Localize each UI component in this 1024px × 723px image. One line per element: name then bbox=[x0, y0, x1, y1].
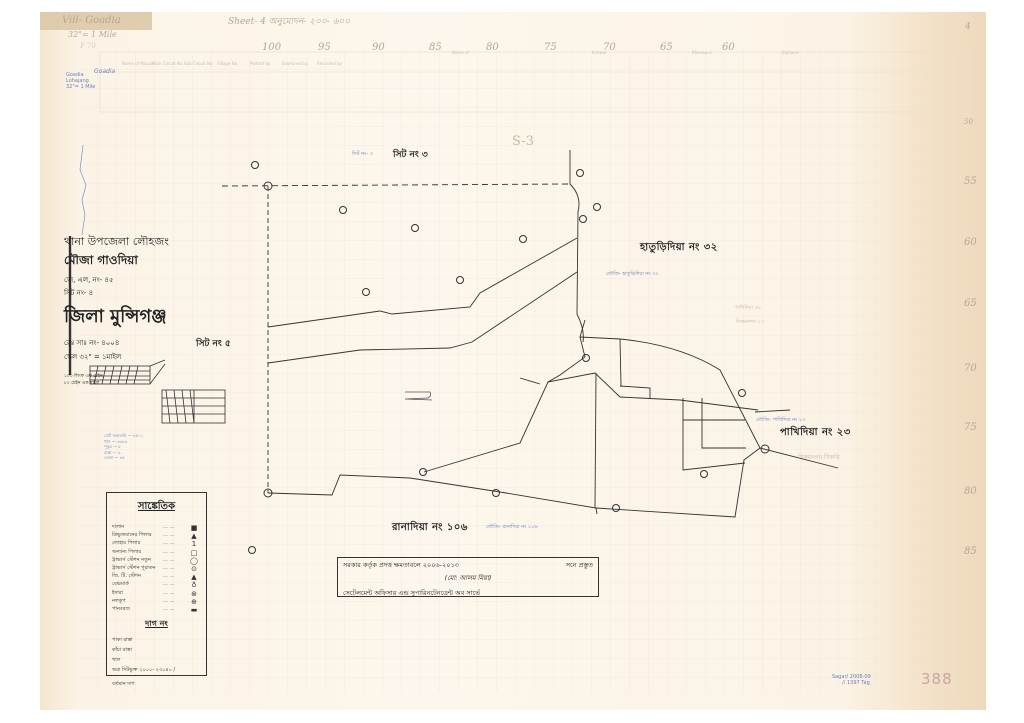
legend-item-label: ইদারা bbox=[112, 590, 163, 598]
stamp-prepared-text: সনে প্রস্তুত bbox=[566, 560, 593, 571]
district-label: জিলা মুন্সিগঞ্জ bbox=[64, 302, 249, 333]
legend-item: ইদারা— —⊛ bbox=[112, 590, 201, 598]
jl-number: জে, এল, নং- ৪৫ bbox=[64, 274, 249, 286]
authority-stamp: সরকার কর্তৃক প্রদত্ত ক্ষমতাবলে ২০০৬-২০১৩… bbox=[337, 557, 599, 597]
thana-label: থানা উপজেলা লৌহজং bbox=[64, 233, 249, 252]
archive-note: Sagar/ 2008-09 // 1397 Tag bbox=[832, 674, 871, 686]
stamp-officer-name: (মো: আলম মিয়া) bbox=[343, 573, 593, 584]
tubewell-icon: ⊕ bbox=[187, 598, 201, 606]
well-icon: ⊛ bbox=[187, 590, 201, 598]
legend-footer-item: খাল bbox=[112, 657, 201, 667]
legend-item-label: দালান bbox=[112, 524, 163, 532]
legend-item-label: অন্যান্য পিলার bbox=[112, 549, 163, 557]
legend-item-label: ট্রাভার্স স্টেশন নতুন bbox=[112, 557, 163, 565]
area-summary: মোট জমাজমি — ৪৫০১ খাস — ৩৩৪৩ পুকুর — ৮ র… bbox=[104, 433, 143, 461]
south-village-label: রানাদিয়া নং ১০৬ bbox=[392, 520, 468, 537]
betel-garden-icon: ▬ bbox=[187, 606, 201, 614]
benchmark-icon: ♁ bbox=[187, 581, 201, 589]
north-village-note: তৌজি- হাতুড়িদিয়া নং ৩২ bbox=[606, 271, 659, 279]
archive-number: 388 bbox=[921, 670, 953, 688]
legend-item: অন্যান্য পিলার— —□ bbox=[112, 549, 201, 557]
legend-item-label: বেঞ্চমার্ক bbox=[112, 581, 163, 589]
adjacent-sheet-3-label: সিট নং ৩ bbox=[393, 147, 428, 162]
legend-footer-item: অত্র সিটভুক্ত ২০০০- ২৩০৪০ / bbox=[112, 667, 201, 677]
iron-pillar-icon: 1 bbox=[187, 540, 201, 548]
legend-item-label: ত্রিভুজমানের পিলার bbox=[112, 532, 163, 540]
faint-note: সিকমনগর ২৩ bbox=[736, 319, 764, 327]
sheet-number: সিট নং- ৪ bbox=[64, 287, 249, 299]
legend-footer-item: কাঁচা রাস্তা bbox=[112, 647, 201, 657]
scale-note: ৮০ চেইন এক মাইল bbox=[64, 380, 249, 387]
adjacent-sheet-5-label: সিট নং ৫ bbox=[196, 336, 231, 351]
legend-item-label: পানবরজ bbox=[112, 606, 163, 614]
title-block: থানা উপজেলা লৌহজং মৌজা গাওদিয়া জে, এল, … bbox=[64, 233, 249, 387]
adjacent-sheet-3-note: সিট নং- ৩ bbox=[352, 151, 373, 159]
stamp-authority-text: সরকার কর্তৃক প্রদত্ত ক্ষমতাবলে ২০০৬-২০১৩ bbox=[343, 560, 459, 571]
faint-note: পাখিদিয়া ৩২ bbox=[735, 305, 761, 313]
scale-note: ১০০ লিংক এক চেইন bbox=[64, 373, 249, 380]
legend-item: ত্রিভুজমানের পিলার— —▲ bbox=[112, 532, 201, 540]
section-mark: S-3 bbox=[512, 134, 534, 149]
map-scale: স্কেল ৩২" = ১মাইল bbox=[64, 351, 249, 363]
legend-subtitle: দাগ নং bbox=[112, 618, 201, 631]
legend-item-label: লোহার পিলার bbox=[112, 540, 163, 548]
mouza-label: মৌজা গাওদিয়া bbox=[64, 252, 249, 272]
legend-footer-item: পাকা রাস্তা bbox=[112, 637, 201, 647]
legend-footer-item: বর্তমান দাগ bbox=[112, 681, 201, 691]
legend-item: দালান— —■ bbox=[112, 524, 201, 532]
east-village-note: তৌজি- পাখিদিয়া নং ২৩ bbox=[756, 417, 805, 425]
legend-item: নলকূপ— —⊕ bbox=[112, 598, 201, 606]
map-legend: সাঙ্কেতিক দালান— —■ ত্রিভুজমানের পিলার— … bbox=[106, 492, 207, 676]
legend-item-label: ট্রাভার্স স্টেশন পুরাতন bbox=[112, 565, 163, 573]
area-note: মোট জমাজমি — ৪৫০১ bbox=[104, 433, 143, 439]
archive-note-line: // 1397 Tag bbox=[832, 680, 871, 686]
new-traverse-station-icon: ◯ bbox=[187, 557, 201, 565]
legend-item: বেঞ্চমার্ক— —♁ bbox=[112, 581, 201, 589]
faint-note: সিকমনগর সিকস্তি bbox=[798, 452, 840, 463]
building-icon: ■ bbox=[187, 524, 201, 532]
stamp-office-title: সেটেলমেন্ট অফিসার এন্ড সুপারিনটেনডেন্ট অ… bbox=[343, 588, 593, 599]
east-village-label: পাখিদিয়া নং ২৩ bbox=[780, 425, 851, 442]
south-village-note: তৌজি- রানাদিয়া নং ১০৬ bbox=[486, 524, 538, 532]
legend-item: ট্রাভার্স স্টেশন পুরাতন— —⊙ bbox=[112, 565, 201, 573]
legend-item: লোহার পিলার— —1 bbox=[112, 540, 201, 548]
gt-station-icon: ▲ bbox=[187, 573, 201, 581]
triangulation-pillar-icon: ▲ bbox=[187, 532, 201, 540]
legend-item-label: নলকূপ bbox=[112, 598, 163, 606]
legend-item: ট্রাভার্স স্টেশন নতুন— —◯ bbox=[112, 557, 201, 565]
old-traverse-station-icon: ⊙ bbox=[187, 565, 201, 573]
other-pillar-icon: □ bbox=[187, 549, 201, 557]
legend-title: সাঙ্কেতিক bbox=[112, 499, 201, 516]
area-note: ডোবা — ৪৫ bbox=[104, 455, 143, 461]
legend-item: পানবরজ— —▬ bbox=[112, 606, 201, 614]
north-village-label: হাতুড়িদিয়া নং ৩২ bbox=[640, 240, 718, 257]
